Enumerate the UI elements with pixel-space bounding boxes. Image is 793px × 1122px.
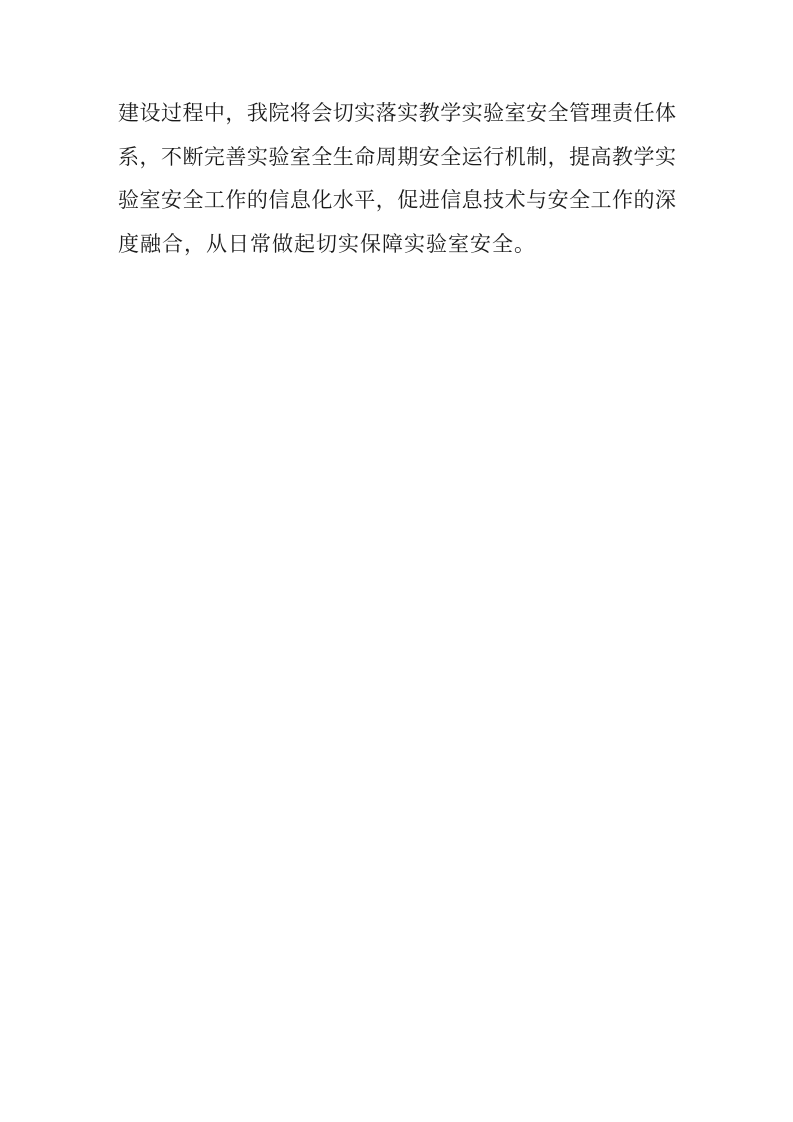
paragraph-line: 建设过程中，我院将会切实落实教学实验室安全管理责任体 — [118, 92, 676, 136]
paragraph-line: 系，不断完善实验室全生命周期安全运行机制，提高教学实 — [118, 136, 676, 180]
paragraph-line: 验室安全工作的信息化水平，促进信息技术与安全工作的深 — [118, 179, 676, 223]
paragraph-line: 度融合，从日常做起切实保障实验室安全。 — [118, 223, 676, 267]
paragraph: 建设过程中，我院将会切实落实教学实验室安全管理责任体 系，不断完善实验室全生命周… — [118, 92, 676, 266]
document-page: 建设过程中，我院将会切实落实教学实验室安全管理责任体 系，不断完善实验室全生命周… — [0, 0, 793, 1122]
